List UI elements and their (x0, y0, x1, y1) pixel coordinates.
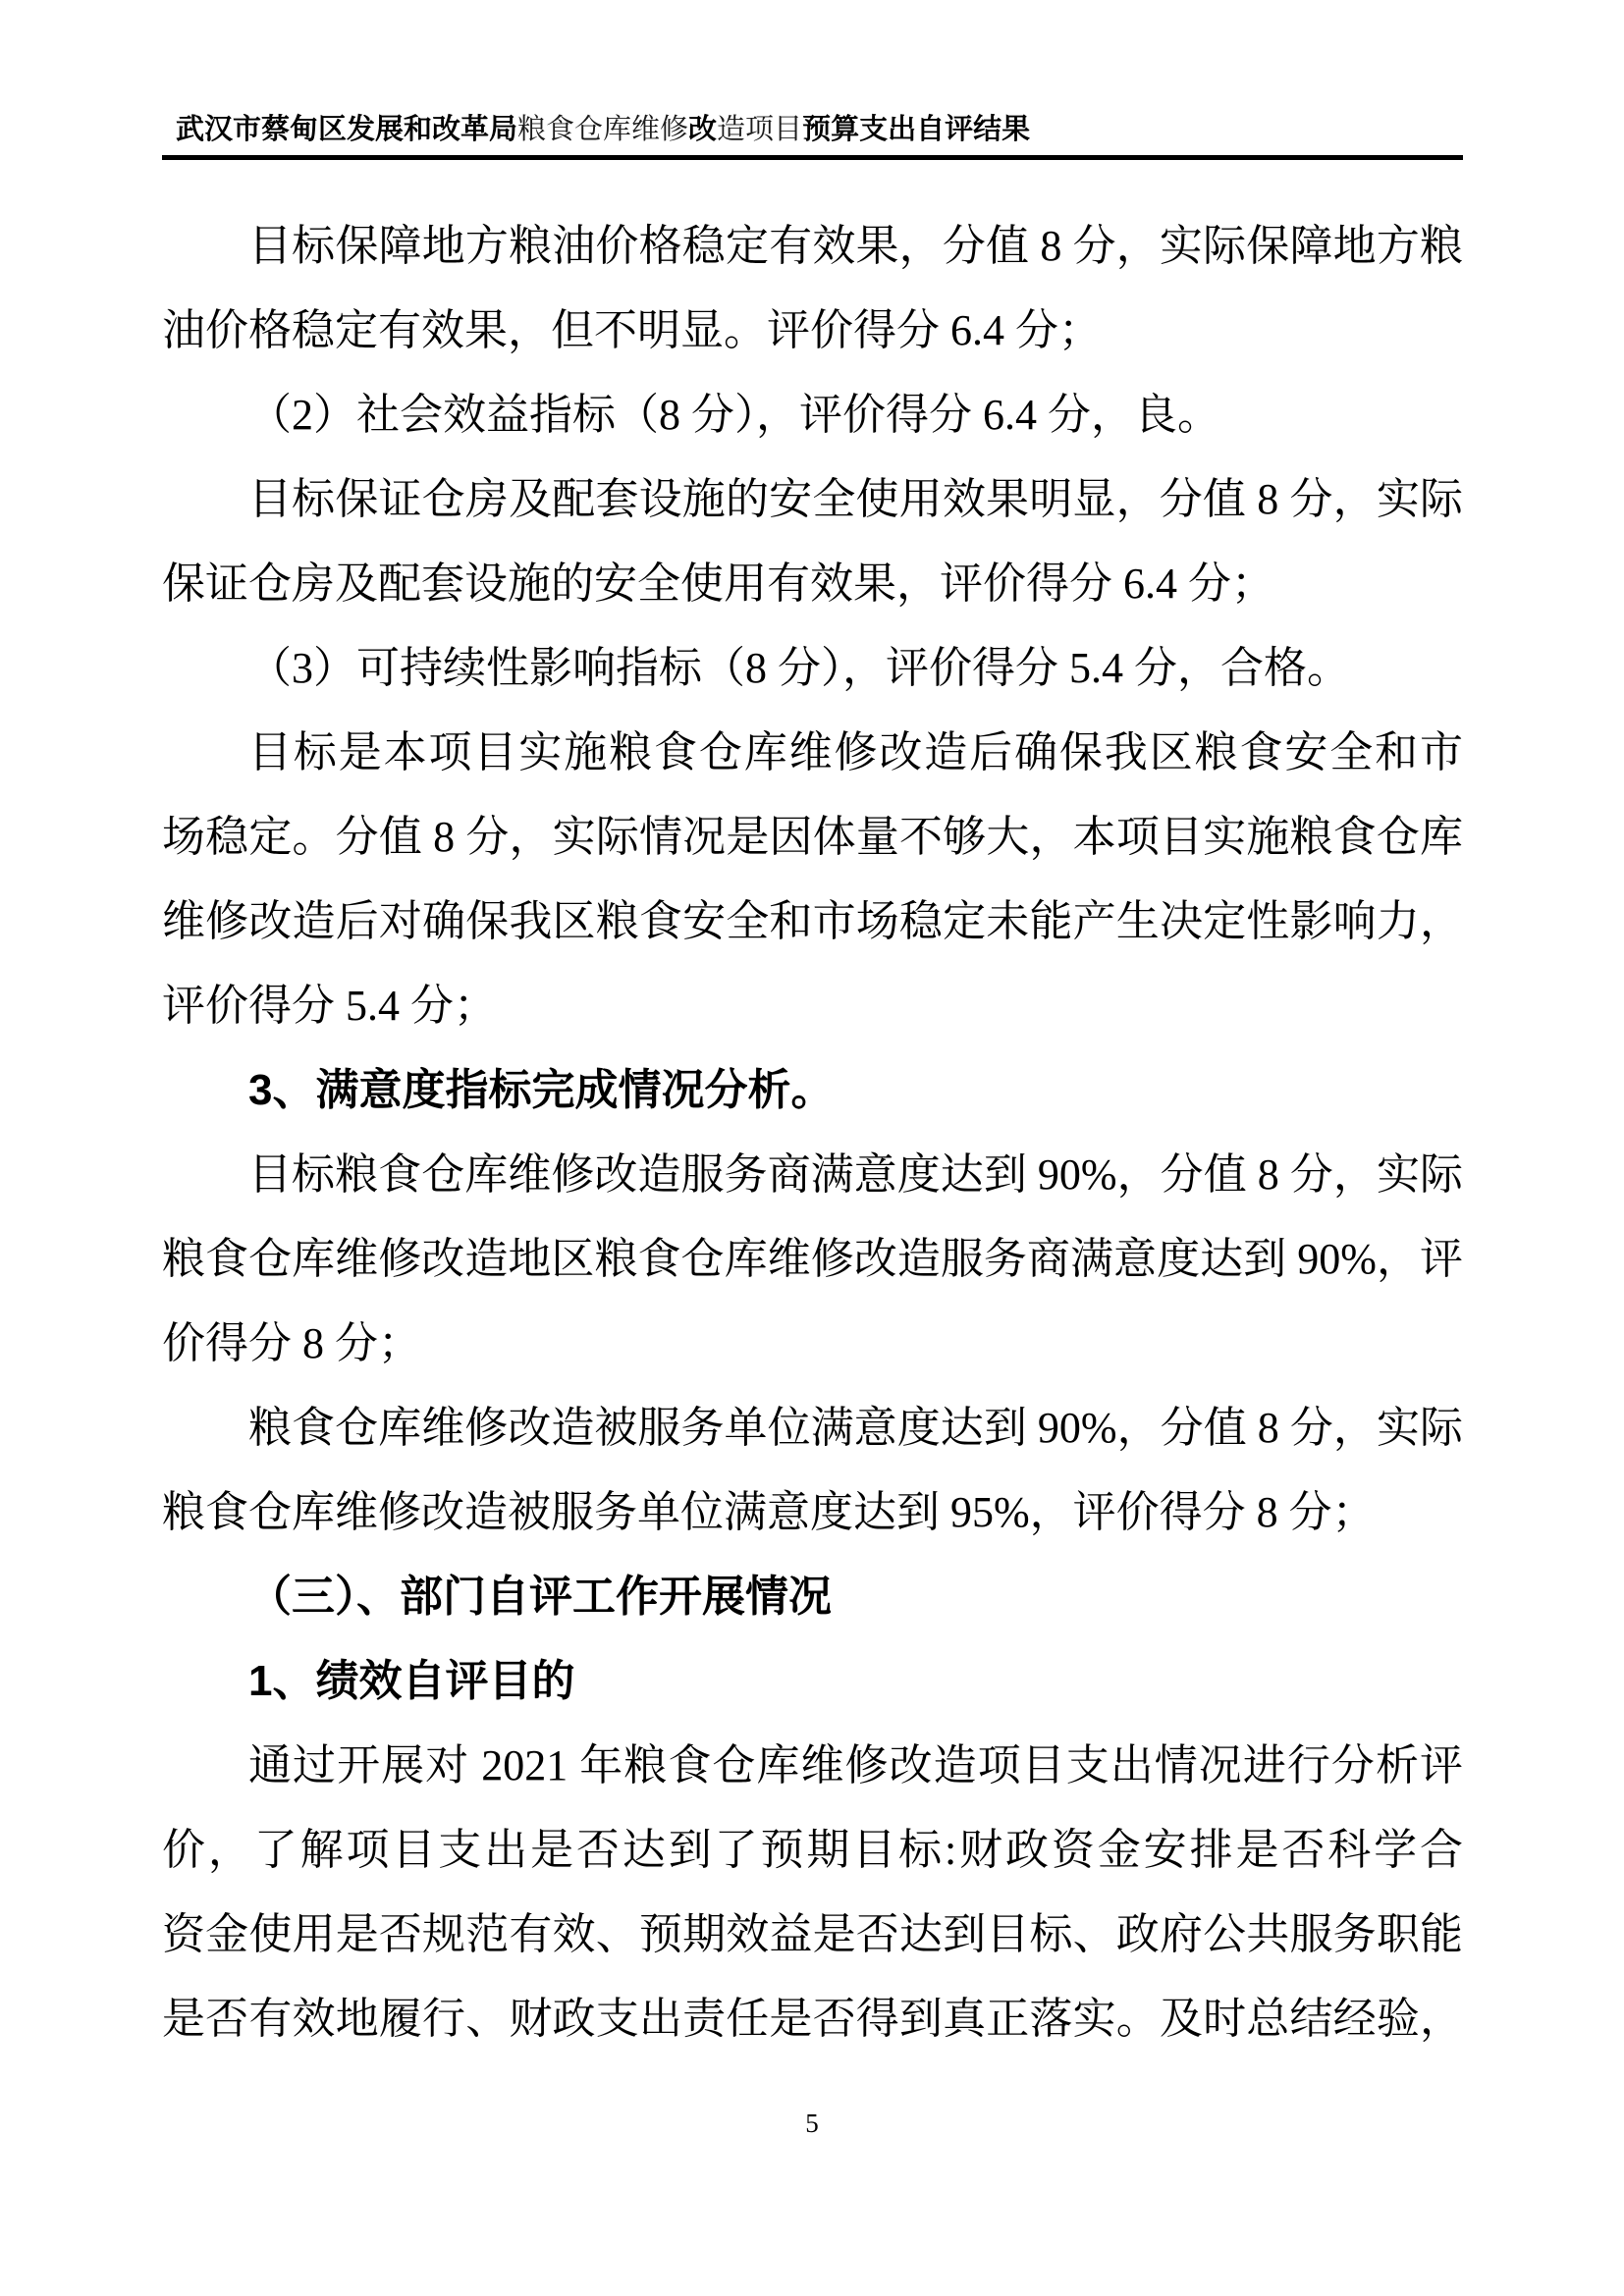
text-line: 保证仓房及配套设施的安全使用有效果，评价得分 6.4 分； (162, 542, 1463, 626)
document-page: 武汉市蔡甸区发展和改革局粮食仓库维修改造项目预算支出自评结果 目标保障地方粮油价… (0, 0, 1624, 2296)
text-line: 价，了解项目支出是否达到了预期目标:财政资金安排是否科学合理、 (162, 1808, 1463, 1893)
text-line: 资金使用是否规范有效、预期效益是否达到目标、政府公共服务职能 (162, 1893, 1463, 1977)
text-line: 维修改造后对确保我区粮食安全和市场稳定未能产生决定性影响力， (162, 880, 1463, 964)
text-line: 通过开展对 2021 年粮食仓库维修改造项目支出情况进行分析评 (162, 1724, 1463, 1808)
text-line: （2）社会效益指标（8 分），评价得分 6.4 分，良。 (162, 373, 1463, 457)
header-title: 武汉市蔡甸区发展和改革局粮食仓库维修改造项目预算支出自评结果 (162, 110, 1463, 149)
header-rule (162, 155, 1463, 160)
header-title-segment: 改 (688, 114, 717, 145)
header-title-segment: 武汉市蔡甸区发展和改革局 (176, 114, 517, 145)
text-line: 粮食仓库维修改造被服务单位满意度达到 90%，分值 8 分，实际 (162, 1386, 1463, 1470)
heading-line: （三）、部门自评工作开展情况 (162, 1555, 1463, 1639)
text-line: 评价得分 5.4 分； (162, 964, 1463, 1048)
text-line: 油价格稳定有效果，但不明显。评价得分 6.4 分； (162, 289, 1463, 373)
text-line: 粮食仓库维修改造地区粮食仓库维修改造服务商满意度达到 90%，评 (162, 1217, 1463, 1302)
page-footer: 5 (0, 2109, 1624, 2139)
text-line: 是否有效地履行、财政支出责任是否得到真正落实。及时总结经验， (162, 1977, 1463, 2061)
text-line: 场稳定。分值 8 分，实际情况是因体量不够大，本项目实施粮食仓库 (162, 795, 1463, 880)
heading-line: 3、满意度指标完成情况分析。 (162, 1048, 1463, 1133)
heading-line: 1、绩效自评目的 (162, 1639, 1463, 1724)
text-line: 价得分 8 分； (162, 1302, 1463, 1386)
text-line: 粮食仓库维修改造被服务单位满意度达到 95%，评价得分 8 分； (162, 1470, 1463, 1555)
page-header: 武汉市蔡甸区发展和改革局粮食仓库维修改造项目预算支出自评结果 (162, 110, 1463, 160)
header-title-segment: 粮食仓库维修 (517, 114, 688, 145)
header-title-segment: 预算支出自评结果 (802, 114, 1030, 145)
text-line: 目标保证仓房及配套设施的安全使用效果明显，分值 8 分，实际 (162, 457, 1463, 542)
header-title-segment: 造项目 (717, 114, 802, 145)
page-number: 5 (805, 2109, 819, 2138)
text-line: （3）可持续性影响指标（8 分），评价得分 5.4 分，合格。 (162, 626, 1463, 711)
document-body: 目标保障地方粮油价格稳定有效果，分值 8 分，实际保障地方粮油价格稳定有效果，但… (162, 204, 1463, 2061)
text-line: 目标保障地方粮油价格稳定有效果，分值 8 分，实际保障地方粮 (162, 204, 1463, 289)
text-line: 目标粮食仓库维修改造服务商满意度达到 90%，分值 8 分，实际 (162, 1133, 1463, 1217)
text-line: 目标是本项目实施粮食仓库维修改造后确保我区粮食安全和市 (162, 711, 1463, 795)
